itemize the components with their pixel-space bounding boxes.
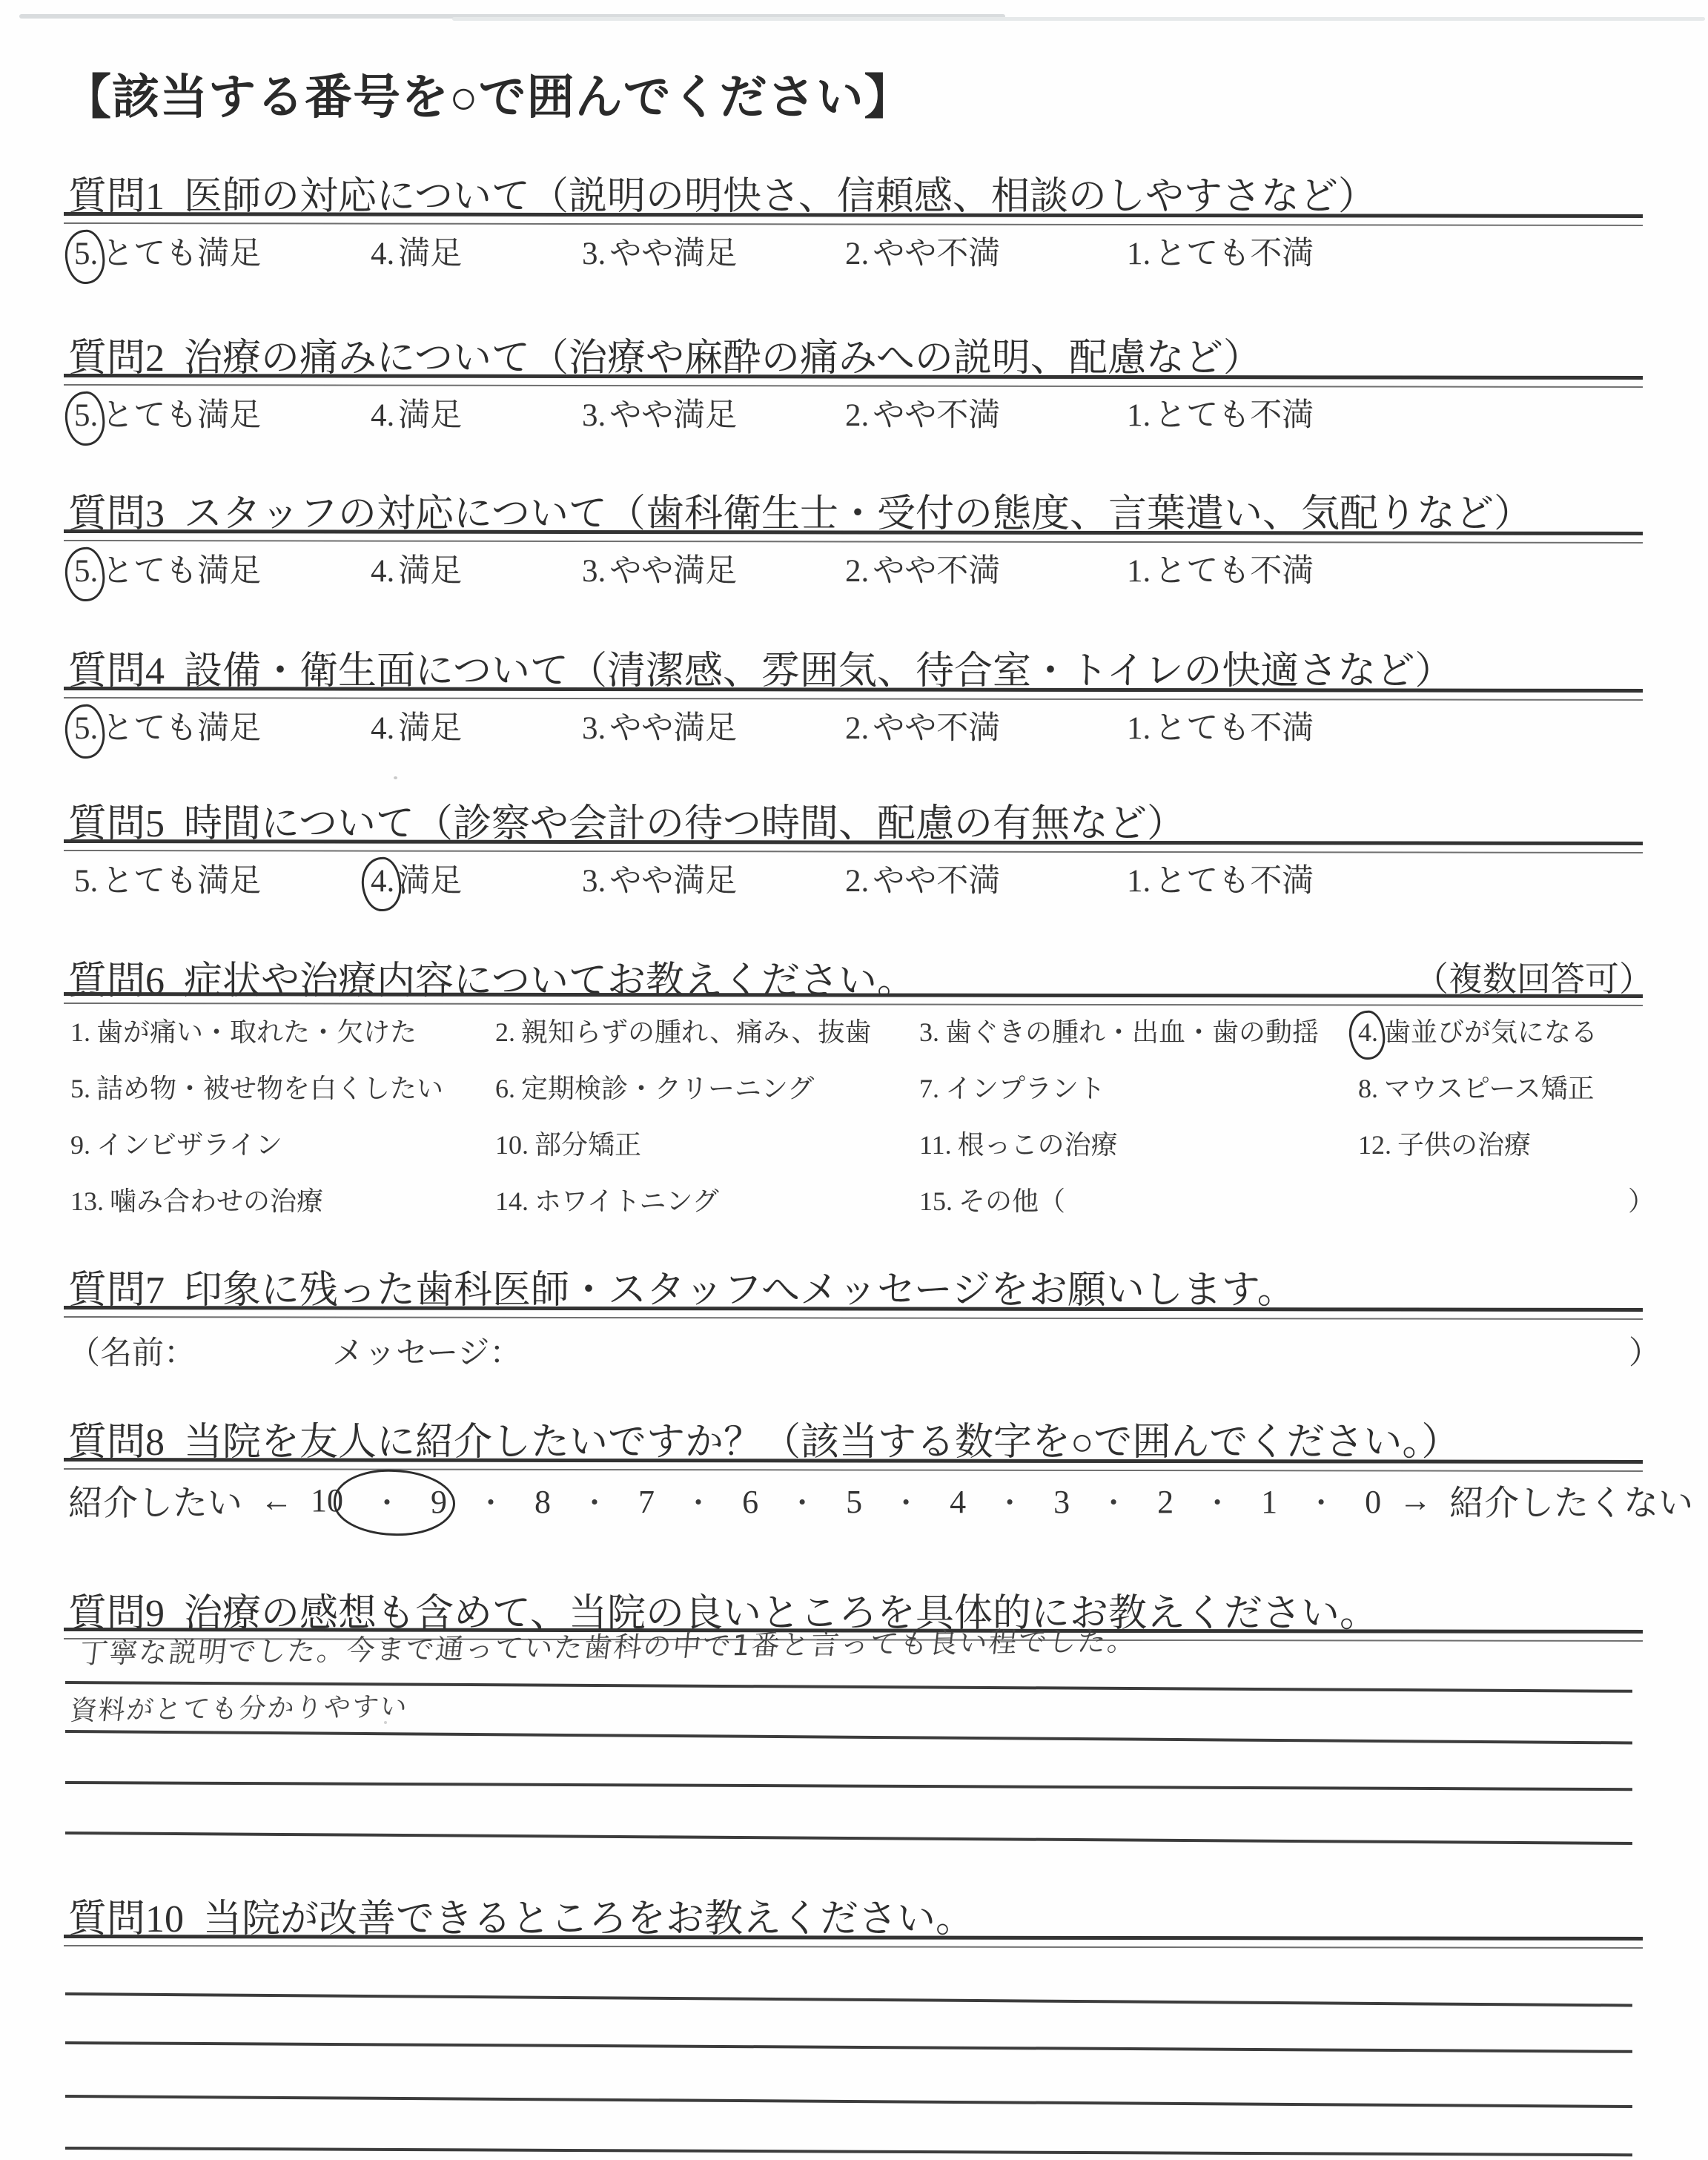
option-label: とても満足 bbox=[102, 398, 261, 433]
item-label: 子供の治療 bbox=[1397, 1130, 1531, 1160]
handwritten-answer-line-2: 資料がとても分かりやすい bbox=[68, 1685, 411, 1728]
heading-rule bbox=[64, 529, 1643, 544]
nps-scale-row: 紹介したい ← 109876543210 → 紹介したくない bbox=[68, 1476, 1693, 1525]
rating-option: 1.とても不満 bbox=[1127, 390, 1314, 435]
heading-rule bbox=[64, 374, 1643, 388]
option-number: 1. bbox=[1127, 710, 1151, 747]
item-label: 歯が痛い・取れた・欠けた bbox=[96, 1017, 417, 1047]
item-label: 部分矯正 bbox=[534, 1130, 641, 1160]
item-number: 1. bbox=[70, 1017, 90, 1048]
option-number: 5. bbox=[74, 553, 98, 589]
name-message-row: （名前： メッセージ： ） bbox=[0, 1328, 1708, 1373]
option-label: 満足 bbox=[398, 711, 462, 746]
option-label: やや満足 bbox=[609, 864, 737, 899]
rating-option: 3.やや満足 bbox=[582, 703, 737, 748]
symptom-item: 6.定期検診・クリーニング bbox=[495, 1068, 919, 1124]
scan-speck bbox=[394, 776, 397, 779]
rating-option: 5.とても満足 bbox=[74, 390, 261, 435]
option-label: とても満足 bbox=[102, 237, 261, 271]
nps-number: 5 bbox=[758, 1480, 862, 1521]
option-number: 5. bbox=[74, 397, 98, 434]
item-label: 根っこの治療 bbox=[958, 1130, 1118, 1160]
option-label: とても不満 bbox=[1154, 864, 1314, 899]
nps-number: 9 bbox=[343, 1480, 447, 1521]
question-title: 治療の痛みについて（治療や麻酔の痛みへの説明、配慮など） bbox=[184, 337, 1262, 380]
item-label: 定期検診・クリーニング bbox=[521, 1074, 814, 1103]
close-paren: ） bbox=[1629, 1328, 1661, 1373]
option-label: やや満足 bbox=[609, 554, 737, 589]
question-title: 当院を友人に紹介したいですか？（該当する数字を○で囲んでください。） bbox=[184, 1421, 1460, 1464]
nps-number: 0 bbox=[1277, 1480, 1381, 1521]
symptom-item: 1.歯が痛い・取れた・欠けた bbox=[70, 1011, 495, 1068]
item-number: 15. bbox=[919, 1186, 953, 1217]
rating-option: 5.とても満足 bbox=[74, 703, 261, 748]
heading-rule bbox=[64, 1458, 1643, 1472]
symptom-item: 4.歯並びが気になる bbox=[1358, 1011, 1657, 1068]
rating-options: 5.とても満足 4.満足 3.やや満足 2.やや不満 1.とても不満 bbox=[68, 703, 1640, 755]
question-title: スタッフの対応について（歯科衛生士・受付の態度、言葉遣い、気配りなど） bbox=[184, 493, 1532, 535]
option-label: やや満足 bbox=[609, 398, 737, 433]
rating-option: 4.満足 bbox=[371, 703, 462, 748]
option-label: とても不満 bbox=[1154, 398, 1314, 433]
nps-number: 8 bbox=[447, 1480, 551, 1521]
symptom-items: 1.歯が痛い・取れた・欠けた 2.親知らずの腫れ、痛み、抜歯 3.歯ぐきの腫れ・… bbox=[70, 1011, 1657, 1237]
option-number: 3. bbox=[582, 236, 606, 272]
item-number: 3. bbox=[919, 1017, 939, 1048]
option-number: 4. bbox=[371, 236, 394, 272]
symptom-item: 10.部分矯正 bbox=[495, 1124, 919, 1180]
name-field-label: （名前： bbox=[68, 1328, 196, 1373]
option-label: 満足 bbox=[398, 554, 462, 589]
rating-option: 2.やや不満 bbox=[845, 390, 1000, 435]
item-label: 親知らずの腫れ、痛み、抜歯 bbox=[521, 1017, 871, 1047]
option-number: 5. bbox=[74, 236, 98, 272]
answer-line bbox=[65, 2147, 1632, 2156]
question-title: 医師の対応について（説明の明快さ、信頼感、相談のしやすさなど） bbox=[184, 176, 1377, 218]
option-label: とても満足 bbox=[102, 864, 261, 899]
item-number: 6. bbox=[495, 1073, 515, 1104]
nps-number: 3 bbox=[966, 1480, 1070, 1521]
heading-rule bbox=[64, 1935, 1643, 1949]
option-label: とても満足 bbox=[102, 554, 261, 589]
rating-option: 2.やや不満 bbox=[845, 856, 1000, 901]
symptom-item: 12.子供の治療 bbox=[1358, 1124, 1657, 1180]
heading-rule bbox=[64, 687, 1643, 701]
symptom-item: 5.詰め物・被せ物を白くしたい bbox=[70, 1068, 495, 1124]
symptom-item: 14.ホワイトニング bbox=[495, 1180, 919, 1237]
rating-option: 2.やや不満 bbox=[845, 703, 1000, 748]
option-number: 4. bbox=[371, 397, 394, 434]
option-label: 満足 bbox=[398, 398, 462, 433]
symptom-item: 7.インプラント bbox=[919, 1068, 1358, 1124]
option-label: 満足 bbox=[398, 237, 462, 271]
question-6-block: 質問6症状や治療内容についてお教えください。 （複数回答可） 1.歯が痛い・取れ… bbox=[0, 949, 1708, 1261]
nps-number: 10 bbox=[311, 1482, 343, 1519]
option-number: 1. bbox=[1127, 397, 1151, 434]
symptom-item: 2.親知らずの腫れ、痛み、抜歯 bbox=[495, 1011, 919, 1068]
option-number: 2. bbox=[845, 863, 869, 899]
option-number: 3. bbox=[582, 710, 606, 747]
option-number: 2. bbox=[845, 553, 869, 589]
instruction-title: 【該当する番号を○で囲んでください】 bbox=[64, 59, 913, 128]
symptom-item: 9.インビザライン bbox=[70, 1124, 495, 1180]
option-label: やや不満 bbox=[873, 237, 1000, 271]
item-label: 噛み合わせの治療 bbox=[110, 1186, 323, 1216]
item-number: 11. bbox=[919, 1129, 952, 1160]
option-number: 4. bbox=[371, 863, 394, 899]
question-title: 設備・衛生面について（清潔感、雰囲気、待合室・トイレの快適さなど） bbox=[184, 650, 1453, 693]
rating-option: 5.とても満足 bbox=[74, 228, 261, 274]
rating-option: 1.とても不満 bbox=[1127, 546, 1314, 591]
answer-line bbox=[65, 1992, 1632, 2007]
option-label: やや不満 bbox=[873, 398, 1000, 433]
rating-option: 3.やや満足 bbox=[582, 856, 737, 901]
item-number: 4. bbox=[1358, 1017, 1378, 1048]
option-label: とても不満 bbox=[1154, 711, 1314, 746]
scale-left-label: 紹介したい bbox=[68, 1476, 242, 1525]
answer-line bbox=[65, 1832, 1632, 1845]
item-number: 9. bbox=[70, 1129, 90, 1160]
other-close-paren: ） bbox=[1628, 1180, 1655, 1218]
question-9-block: 質問9治療の感想も含めて、当院の良いところを具体的にお教えください。 丁寧な説明… bbox=[0, 1582, 1708, 1878]
rating-options: 5.とても満足 4.満足 3.やや満足 2.やや不満 1.とても不満 bbox=[68, 546, 1640, 598]
option-label: やや満足 bbox=[609, 237, 737, 271]
question-title: 印象に残った歯科医師・スタッフへメッセージをお願いします。 bbox=[184, 1269, 1296, 1312]
heading-rule bbox=[64, 212, 1643, 226]
option-label: 満足 bbox=[398, 864, 462, 899]
survey-scan-page: 【該当する番号を○で囲んでください】 質問1医師の対応について（説明の明快さ、信… bbox=[0, 0, 1708, 2160]
symptom-item: 15.その他（ bbox=[919, 1180, 1358, 1237]
heading-rule bbox=[64, 1306, 1643, 1320]
item-number: 12. bbox=[1358, 1129, 1391, 1160]
rating-option: 3.やや満足 bbox=[582, 228, 737, 274]
rating-option: 1.とても不満 bbox=[1127, 228, 1314, 274]
answer-line bbox=[65, 2041, 1632, 2053]
item-number: 14. bbox=[495, 1186, 529, 1217]
option-label: やや不満 bbox=[873, 711, 1000, 746]
option-number: 1. bbox=[1127, 236, 1151, 272]
item-label: 歯ぐきの腫れ・出血・歯の動揺 bbox=[945, 1017, 1319, 1047]
nps-number: 1 bbox=[1174, 1480, 1277, 1521]
option-number: 3. bbox=[582, 553, 606, 589]
nps-number: 4 bbox=[862, 1480, 966, 1521]
scan-artifact-line bbox=[452, 17, 1705, 21]
item-number: 8. bbox=[1358, 1073, 1378, 1104]
rating-option: 4.満足 bbox=[371, 390, 462, 435]
heading-rule bbox=[64, 992, 1643, 1006]
item-label: 歯並びが気になる bbox=[1384, 1017, 1598, 1047]
item-number: 5. bbox=[70, 1073, 90, 1104]
rating-option: 3.やや満足 bbox=[582, 546, 737, 591]
symptom-item: 3.歯ぐきの腫れ・出血・歯の動揺 bbox=[919, 1011, 1358, 1068]
rating-option: 2.やや不満 bbox=[845, 228, 1000, 274]
question-title: 時間について（診察や会計の待つ時間、配慮の有無など） bbox=[184, 803, 1185, 845]
option-number: 2. bbox=[845, 710, 869, 747]
rating-option: 1.とても不満 bbox=[1127, 703, 1314, 748]
option-number: 3. bbox=[582, 863, 606, 899]
rating-option: 4.満足 bbox=[371, 546, 462, 591]
item-number: 7. bbox=[919, 1073, 939, 1104]
option-label: やや不満 bbox=[873, 864, 1000, 899]
option-label: とても不満 bbox=[1154, 554, 1314, 589]
rating-options: 5.とても満足 4.満足 3.やや満足 2.やや不満 1.とても不満 bbox=[68, 228, 1640, 280]
option-label: とても満足 bbox=[102, 711, 261, 746]
option-number: 1. bbox=[1127, 863, 1151, 899]
nps-number: 2 bbox=[1070, 1480, 1174, 1521]
scale-right-label: 紹介したくない bbox=[1449, 1476, 1693, 1525]
nps-number: 7 bbox=[551, 1480, 655, 1521]
item-label: その他（ bbox=[959, 1186, 1065, 1216]
question-title: 当院が改善できるところをお教えください。 bbox=[203, 1898, 974, 1941]
item-number: 13. bbox=[70, 1186, 104, 1217]
answer-line bbox=[65, 1730, 1632, 1744]
heading-rule bbox=[64, 839, 1643, 853]
option-number: 4. bbox=[371, 553, 394, 589]
symptom-item: 11.根っこの治療 bbox=[919, 1124, 1358, 1180]
option-number: 3. bbox=[582, 397, 606, 434]
rating-option: 1.とても不満 bbox=[1127, 856, 1314, 901]
left-arrow-icon: ← bbox=[260, 1482, 293, 1519]
answer-line bbox=[65, 2095, 1632, 2108]
rating-option: 5.とても満足 bbox=[74, 856, 261, 901]
answer-line bbox=[65, 1781, 1632, 1791]
rating-option: 5.とても満足 bbox=[74, 546, 261, 591]
item-number: 2. bbox=[495, 1017, 515, 1048]
nps-numbers: 109876543210 bbox=[311, 1480, 1381, 1521]
option-label: やや不満 bbox=[873, 554, 1000, 589]
item-label: マウスピース矯正 bbox=[1384, 1074, 1595, 1103]
nps-number: 6 bbox=[655, 1480, 758, 1521]
rating-option: 3.やや満足 bbox=[582, 390, 737, 435]
option-number: 4. bbox=[371, 710, 394, 747]
option-number: 2. bbox=[845, 236, 869, 272]
item-label: インプラント bbox=[945, 1074, 1105, 1103]
item-number: 10. bbox=[495, 1129, 529, 1160]
item-label: ホワイトニング bbox=[534, 1186, 719, 1216]
option-label: やや満足 bbox=[609, 711, 737, 746]
option-label: とても不満 bbox=[1154, 237, 1314, 271]
rating-options: 5.とても満足 4.満足 3.やや満足 2.やや不満 1.とても不満 bbox=[68, 856, 1640, 908]
option-number: 5. bbox=[74, 863, 98, 899]
message-field-label: メッセージ： bbox=[332, 1328, 521, 1373]
rating-option: 4.満足 bbox=[371, 856, 462, 901]
symptom-item: 8.マウスピース矯正 bbox=[1358, 1068, 1657, 1124]
option-number: 5. bbox=[74, 710, 98, 747]
option-number: 2. bbox=[845, 397, 869, 434]
rating-option: 2.やや不満 bbox=[845, 546, 1000, 591]
question-10-block: 質問10当院が改善できるところをお教えください。 bbox=[0, 1887, 1708, 2160]
item-label: 詰め物・被せ物を白くしたい bbox=[96, 1074, 443, 1103]
option-number: 1. bbox=[1127, 553, 1151, 589]
rating-option: 4.満足 bbox=[371, 228, 462, 274]
rating-options: 5.とても満足 4.満足 3.やや満足 2.やや不満 1.とても不満 bbox=[68, 390, 1640, 442]
symptom-item: 13.噛み合わせの治療 bbox=[70, 1180, 495, 1237]
right-arrow-icon: → bbox=[1399, 1482, 1431, 1519]
item-label: インビザライン bbox=[96, 1130, 282, 1160]
